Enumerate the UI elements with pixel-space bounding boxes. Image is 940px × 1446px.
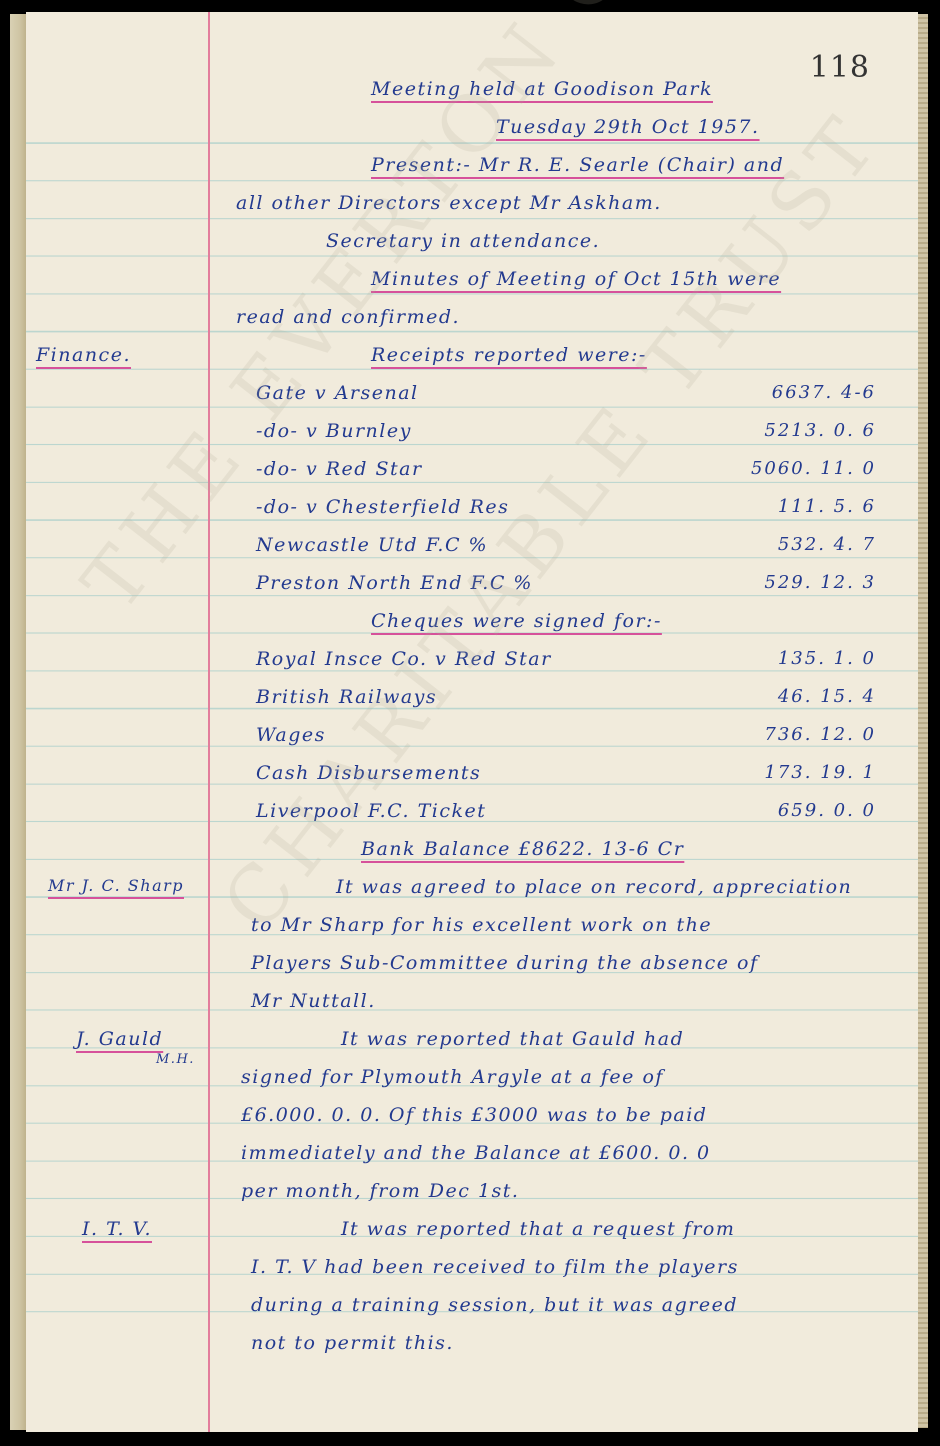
ledger-page: 118 Meeting held at Goodison Park Tuesda… — [26, 12, 918, 1432]
page-number: 118 — [810, 50, 870, 85]
receipt-amount: 5213. 0. 6 — [716, 420, 876, 441]
secretary-line: Secretary in attendance. — [326, 230, 600, 252]
gauld-line: signed for Plymouth Argyle at a fee of — [241, 1066, 664, 1088]
receipts-heading: Receipts reported were:- — [371, 344, 647, 366]
minutes-confirmed-line: read and confirmed. — [236, 306, 460, 328]
receipt-label: Gate v Arsenal — [256, 382, 419, 404]
cheque-label: British Railways — [256, 686, 437, 708]
itv-margin-label: I. T. V. — [82, 1218, 152, 1240]
cheque-amount: 46. 15. 4 — [716, 686, 876, 707]
cheque-amount: 173. 19. 1 — [716, 762, 876, 783]
red-margin-rule — [208, 12, 210, 1432]
receipt-label: -do- v Chesterfield Res — [256, 496, 509, 518]
receipt-amount: 111. 5. 6 — [716, 496, 876, 517]
cheque-amount: 659. 0. 0 — [716, 800, 876, 821]
receipt-amount: 6637. 4-6 — [716, 382, 876, 403]
bank-balance: Bank Balance £8622. 13-6 Cr — [361, 838, 684, 860]
cheque-label: Royal Insce Co. v Red Star — [256, 648, 552, 670]
sharp-line: to Mr Sharp for his excellent work on th… — [251, 914, 712, 936]
sharp-line: It was agreed to place on record, apprec… — [336, 876, 852, 898]
minutes-line: Minutes of Meeting of Oct 15th were — [371, 268, 781, 290]
receipt-amount: 532. 4. 7 — [716, 534, 876, 555]
gauld-margin-label: J. Gauld — [76, 1028, 163, 1050]
itv-line: It was reported that a request from — [341, 1218, 735, 1240]
cheque-label: Wages — [256, 724, 326, 746]
cheque-label: Liverpool F.C. Ticket — [256, 800, 486, 822]
present-line: Present:- Mr R. E. Searle (Chair) and — [371, 154, 784, 176]
gauld-margin-initials: M.H. — [156, 1052, 195, 1067]
gauld-line: It was reported that Gauld had — [341, 1028, 684, 1050]
receipt-label: Preston North End F.C % — [256, 572, 533, 594]
sharp-margin-label: Mr J. C. Sharp — [48, 876, 184, 895]
cheque-amount: 135. 1. 0 — [716, 648, 876, 669]
directors-line: all other Directors except Mr Askham. — [236, 192, 662, 214]
meeting-date: Tuesday 29th Oct 1957. — [496, 116, 760, 138]
sharp-line: Players Sub-Committee during the absence… — [251, 952, 759, 974]
cheque-amount: 736. 12. 0 — [716, 724, 876, 745]
receipt-amount: 529. 12. 3 — [716, 572, 876, 593]
gauld-line: immediately and the Balance at £600. 0. … — [241, 1142, 711, 1164]
finance-margin-label: Finance. — [36, 344, 131, 366]
gauld-line: per month, from Dec 1st. — [241, 1180, 519, 1202]
page-footer-area — [26, 1337, 918, 1432]
meeting-heading: Meeting held at Goodison Park — [371, 78, 713, 100]
present-text: Present:- Mr R. E. Searle (Chair) and — [371, 154, 784, 176]
page-stack-edge — [918, 14, 928, 1428]
sharp-line: Mr Nuttall. — [251, 990, 376, 1012]
receipt-label: -do- v Burnley — [256, 420, 412, 442]
itv-line: not to permit this. — [251, 1332, 454, 1354]
cheque-label: Cash Disbursements — [256, 762, 481, 784]
receipt-amount: 5060. 11. 0 — [716, 458, 876, 479]
minutes-text: Minutes of Meeting of Oct 15th were — [371, 268, 781, 290]
receipt-label: Newcastle Utd F.C % — [256, 534, 488, 556]
itv-line: I. T. V had been received to film the pl… — [251, 1256, 739, 1278]
book-spine-edge — [10, 14, 26, 1430]
itv-line: during a training session, but it was ag… — [251, 1294, 738, 1316]
receipt-label: -do- v Red Star — [256, 458, 423, 480]
cheques-heading: Cheques were signed for:- — [371, 610, 662, 632]
gauld-line: £6.000. 0. 0. Of this £3000 was to be pa… — [241, 1104, 707, 1126]
